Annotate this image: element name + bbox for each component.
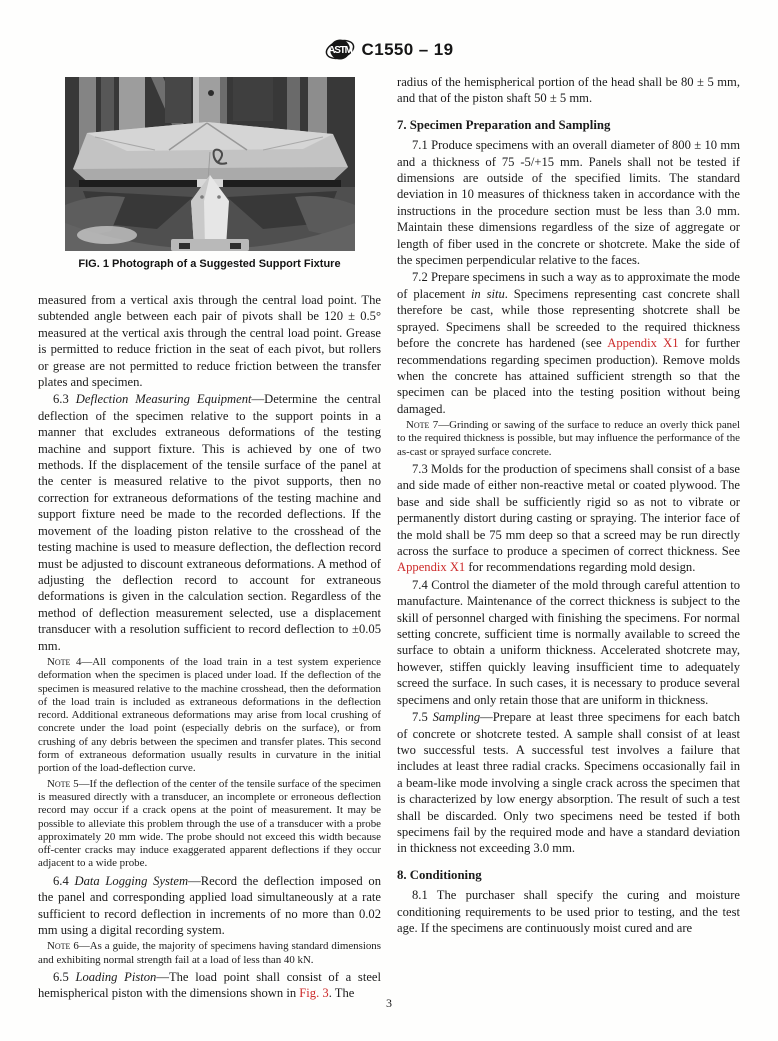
svg-text:ASTM: ASTM (328, 45, 352, 56)
note-label: Note 7 (406, 419, 438, 431)
paragraph-6-3: 6.3 Deflection Measuring Equipment—Deter… (38, 391, 381, 654)
note-text: —Grinding or sawing of the surface to re… (397, 419, 740, 458)
note-4: Note 4—All components of the load train … (38, 656, 381, 776)
paragraph-7-2: 7.2 Prepare specimens in such a way as t… (397, 269, 740, 417)
paragraph-7-1: 7.1 Produce specimens with an overall di… (397, 137, 740, 268)
section-heading-8: 8. Conditioning (397, 867, 740, 883)
clause-number: 6.5 (53, 970, 75, 984)
standard-designation: C1550 – 19 (362, 40, 454, 60)
astm-logo-icon: ASTM (325, 36, 355, 63)
note-6: Note 6—As a guide, the majority of speci… (38, 940, 381, 967)
figure-1 (65, 77, 355, 251)
clause-text: 7.3 Molds for the production of specimen… (397, 462, 740, 558)
note-5: Note 5—If the deflection of the center o… (38, 778, 381, 871)
clause-text: —Prepare at least three specimens for ea… (397, 710, 740, 855)
left-column: FIG. 1 Photograph of a Suggested Support… (38, 74, 381, 1003)
note-text: —If the deflection of the center of the … (38, 778, 381, 870)
clause-number: 7.5 (412, 710, 433, 724)
paragraph-text: measured from a vertical axis through th… (38, 293, 381, 389)
figure-1-caption: FIG. 1 Photograph of a Suggested Support… (38, 258, 381, 271)
document-page: ASTM C1550 – 19 (0, 0, 778, 1041)
paragraph-7-3: 7.3 Molds for the production of specimen… (397, 461, 740, 576)
note-label: Note 4 (47, 656, 81, 668)
clause-number: 6.3 (53, 392, 76, 406)
clause-term: Sampling (433, 710, 481, 724)
paragraph-text: radius of the hemispherical portion of t… (397, 75, 740, 105)
note-7: Note 7—Grinding or sawing of the surface… (397, 419, 740, 459)
page-number: 3 (0, 996, 778, 1011)
clause-number: 6.4 (53, 874, 74, 888)
paragraph-6-4: 6.4 Data Logging System—Record the defle… (38, 873, 381, 939)
paragraph-6-2-continuation: measured from a vertical axis through th… (38, 292, 381, 390)
clause-text: 8.1 The purchaser shall specify the curi… (397, 888, 740, 935)
paragraph-7-4: 7.4 Control the diameter of the mold thr… (397, 577, 740, 708)
paragraph-6-5-continuation: radius of the hemispherical portion of t… (397, 74, 740, 107)
right-column: radius of the hemispherical portion of t… (397, 74, 740, 937)
clause-term: Loading Piston (75, 970, 156, 984)
paragraph-8-1: 8.1 The purchaser shall specify the curi… (397, 887, 740, 936)
clause-term: Data Logging System (74, 874, 188, 888)
note-text: —As a guide, the majority of specimens h… (38, 940, 381, 965)
section-heading-7: 7. Specimen Preparation and Sampling (397, 117, 740, 133)
paragraph-7-5: 7.5 Sampling—Prepare at least three spec… (397, 709, 740, 857)
note-label: Note 5 (47, 778, 79, 790)
clause-term: Deflection Measuring Equipment (76, 392, 252, 406)
page-header: ASTM C1550 – 19 (0, 36, 778, 63)
appendix-x1-reference-link[interactable]: Appendix X1 (607, 336, 678, 350)
latin-term: in situ (471, 287, 505, 301)
note-label: Note 6 (47, 940, 79, 952)
clause-text: 7.4 Control the diameter of the mold thr… (397, 578, 740, 707)
appendix-x1-reference-link[interactable]: Appendix X1 (397, 560, 465, 574)
clause-text: —Determine the central deflection of the… (38, 392, 381, 652)
clause-text: 7.1 Produce specimens with an overall di… (397, 138, 740, 267)
note-text: —All components of the load train in a t… (38, 656, 381, 774)
support-fixture-photo (65, 77, 355, 251)
clause-text: for recommendations regarding mold desig… (465, 560, 695, 574)
